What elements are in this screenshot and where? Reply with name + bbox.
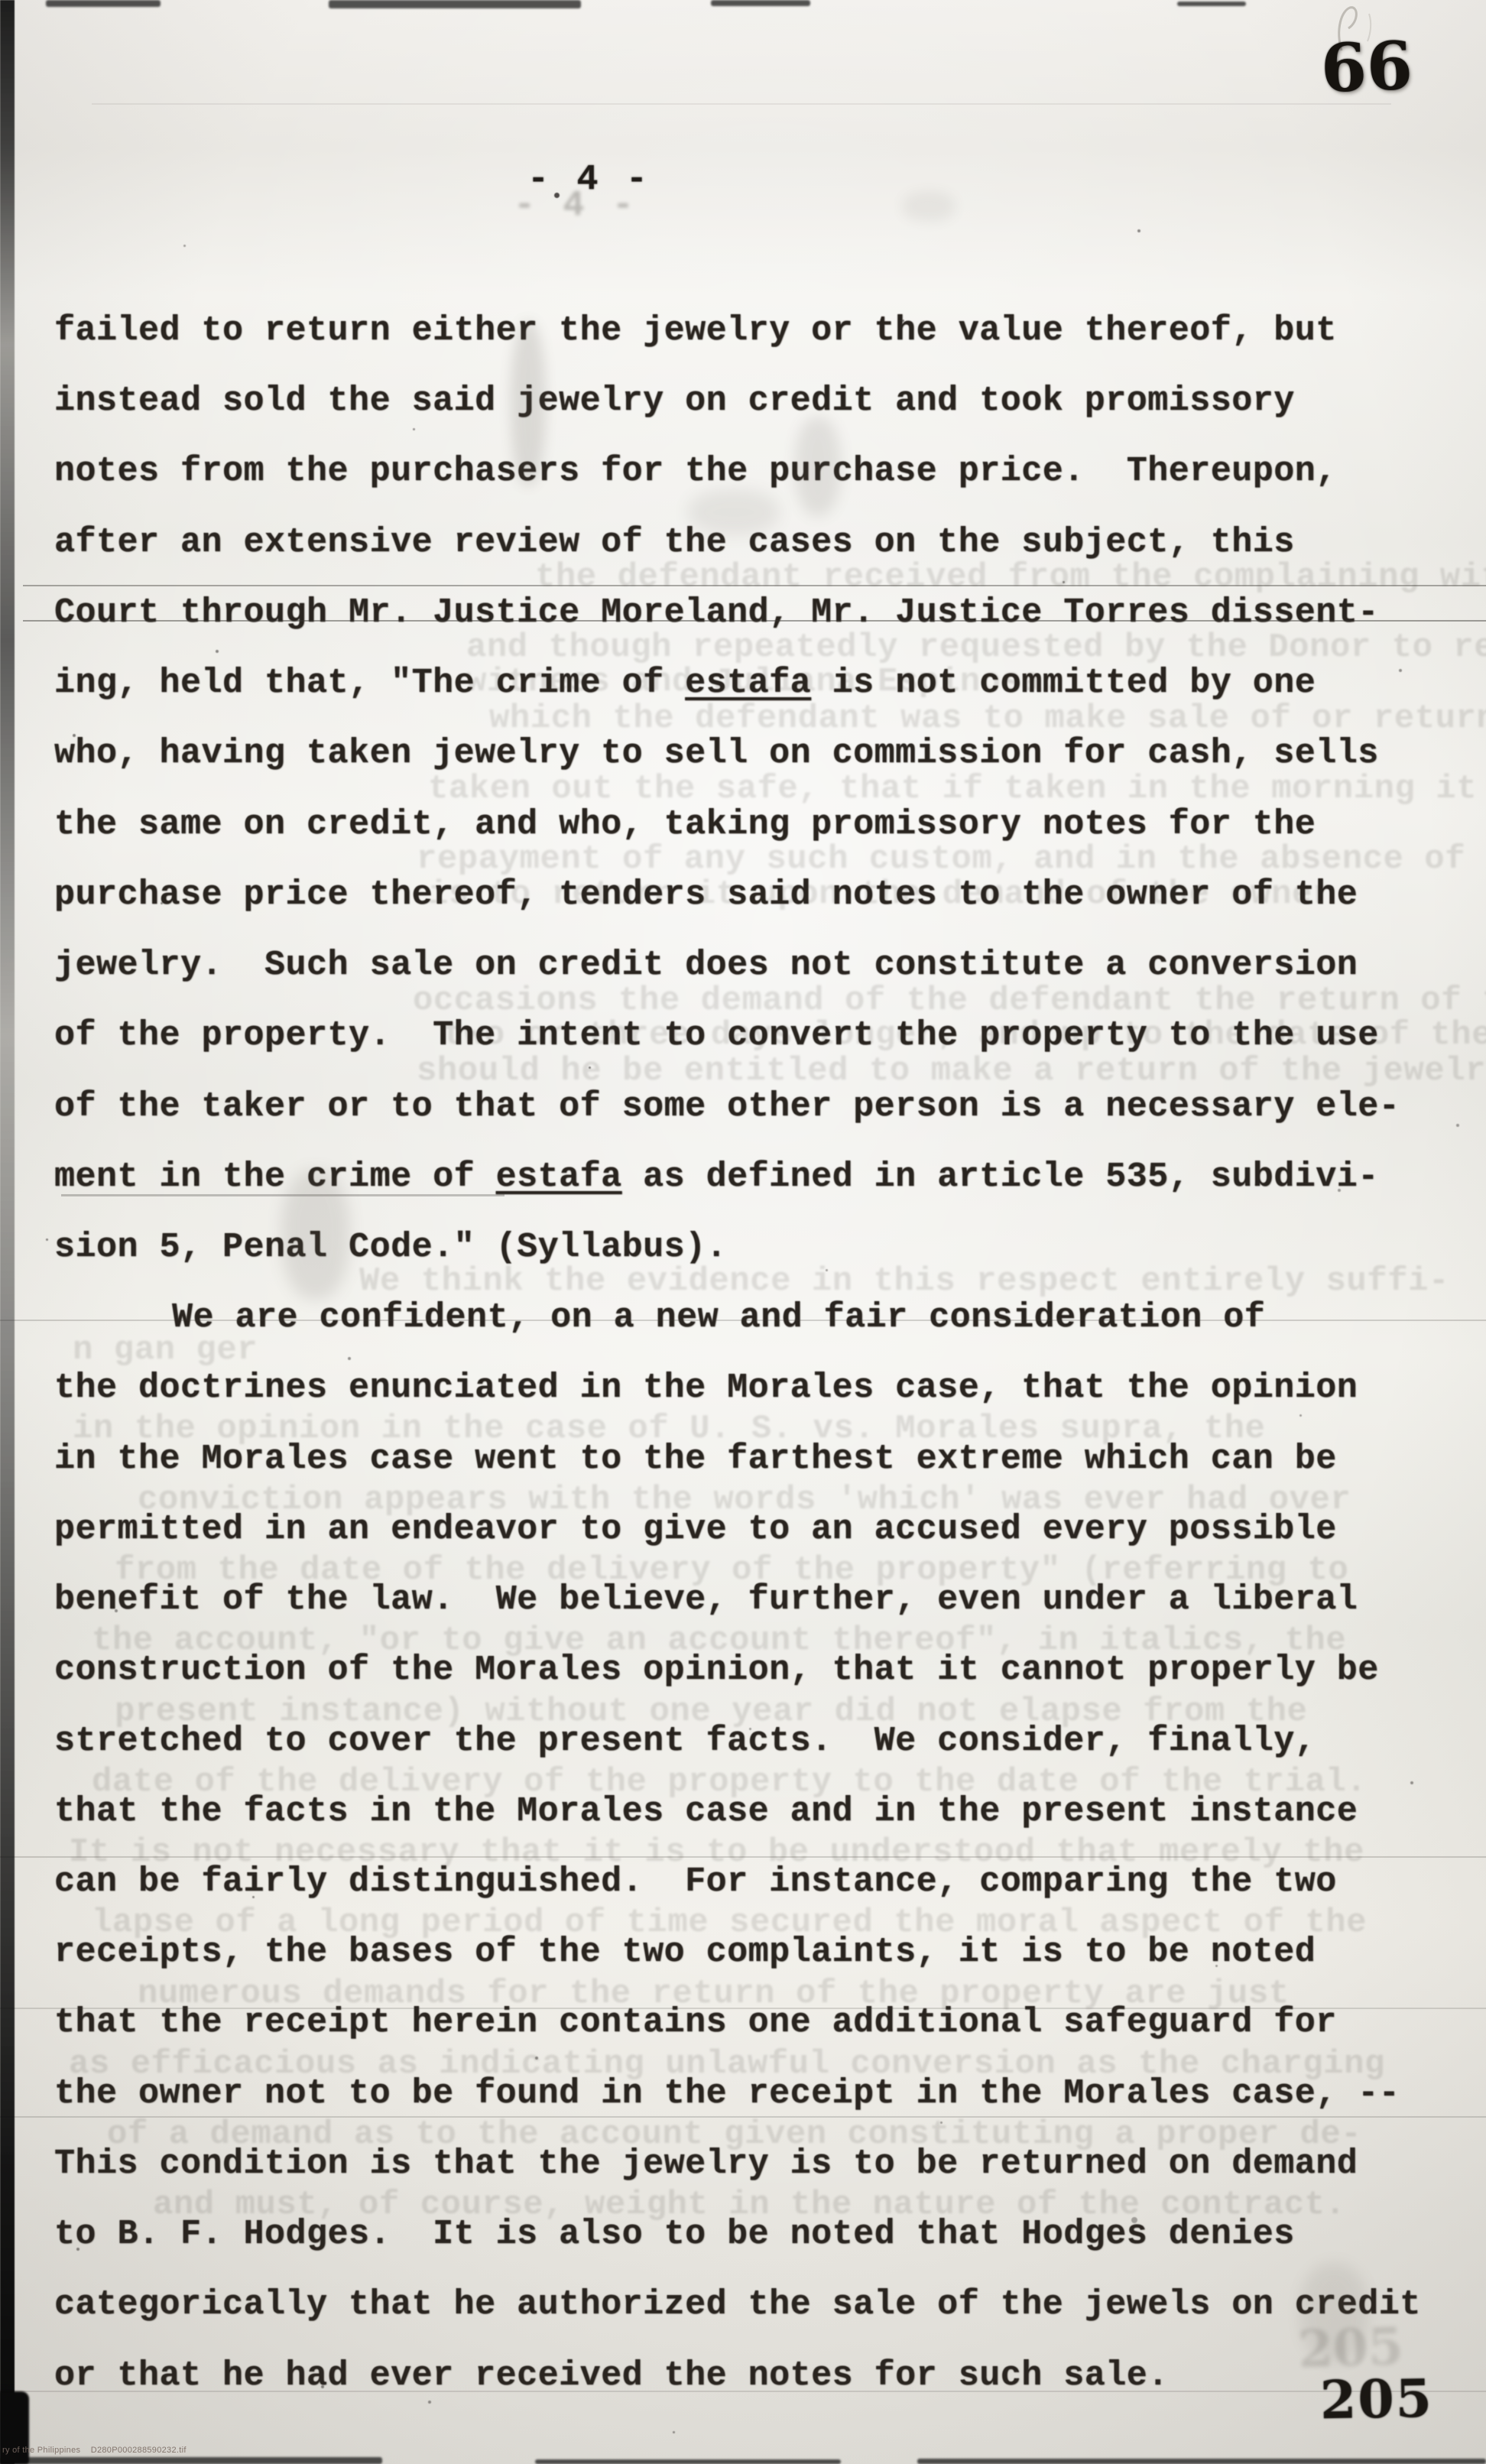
scan-edge-smudge	[0, 2457, 382, 2464]
text-line: the same on credit, and who, taking prom…	[54, 806, 1316, 844]
scan-line	[61, 1194, 505, 1196]
ink-speck	[76, 2248, 79, 2251]
ink-speck	[589, 1066, 591, 1069]
underlined-word: estafa	[496, 1157, 622, 1196]
ink-speck	[1215, 1965, 1218, 1967]
ink-speck	[940, 2122, 943, 2124]
text-line: permitted in an endeavor to give to an a…	[54, 1511, 1337, 1549]
ink-speck	[749, 1728, 751, 1730]
text-line: who, having taken jewelry to sell on com…	[54, 735, 1379, 773]
text-line: categorically that he authorized the sal…	[54, 2286, 1421, 2324]
ink-speck	[252, 1896, 255, 1898]
page-number-stamp: 66	[1320, 34, 1414, 102]
ink-speck	[115, 1609, 118, 1612]
ghost-text-line: occasions the demand of the defendant th…	[413, 982, 1486, 1019]
text-line: the owner not to be found in the receipt…	[54, 2075, 1400, 2113]
text-line: to B. F. Hodges. It is also to be noted …	[54, 2216, 1295, 2254]
text-line: stretched to cover the present facts. We…	[54, 1722, 1316, 1761]
text-line: the doctrines enunciated in the Morales …	[54, 1369, 1358, 1407]
ink-speck	[321, 2385, 324, 2388]
ink-speck	[826, 1269, 828, 1271]
smudge	[902, 191, 956, 222]
text-line: that the facts in the Morales case and i…	[54, 1793, 1358, 1831]
scan-edge-left	[0, 0, 15, 2464]
scan-edge-smudge	[1177, 2, 1246, 6]
text-line: after an extensive review of the cases o…	[54, 524, 1295, 562]
ink-speck	[73, 734, 76, 737]
ink-speck	[216, 650, 219, 653]
scan-line	[92, 103, 1391, 105]
ink-speck	[902, 320, 904, 322]
smudge	[795, 417, 841, 516]
text-line: notes from the purchasers for the purcha…	[54, 453, 1337, 491]
scanned-document-page: 66 - 4 - - 4 - the defendant received fr…	[0, 0, 1486, 2464]
ghost-text-line: the defendant received from the complain…	[535, 559, 1486, 596]
underlined-word: estafa	[685, 664, 811, 703]
ghost-text-line: n gan ger	[73, 1332, 258, 1368]
watermark-text: ry of the Philippines D280P000288590232.…	[2, 2446, 187, 2455]
scan-line	[0, 1856, 1486, 1858]
scan-edge-smudge	[917, 2459, 1486, 2464]
ink-speck	[1001, 1521, 1004, 1524]
ink-speck	[1131, 2217, 1137, 2223]
text-line: failed to return either the jewelry or t…	[54, 312, 1337, 350]
smudge	[688, 489, 780, 535]
text-line: Court through Mr. Justice Moreland, Mr. …	[54, 594, 1379, 632]
scan-line	[0, 1320, 1486, 1321]
ghost-text-line: taken out the safe, that if taken in the…	[428, 771, 1486, 807]
folio-stamp: 205	[1319, 2373, 1433, 2427]
ink-speck	[1269, 2297, 1271, 2300]
ink-speck	[183, 245, 186, 247]
ghost-text-line: We think the evidence in this respect en…	[359, 1263, 1449, 1300]
text-line: in the Morales case went to the farthest…	[54, 1440, 1337, 1479]
ink-speck	[1456, 1124, 1459, 1127]
ghost-text-line: and though repeatedly requested by the D…	[466, 629, 1486, 666]
folio-stamp-ghost: 205	[1297, 2321, 1404, 2375]
ink-speck	[428, 2401, 431, 2404]
ink-speck	[1399, 669, 1402, 672]
text-line: can be fairly distinguished. For instanc…	[54, 1863, 1337, 1901]
text-line: of the property. The intent to convert t…	[54, 1017, 1379, 1055]
scan-edge-smudge	[329, 0, 581, 8]
text-line: ment in the crime of estafa as defined i…	[54, 1158, 1379, 1196]
scan-line	[23, 585, 1486, 586]
ink-speck	[413, 428, 415, 430]
smudge	[511, 321, 546, 485]
scan-line	[0, 2008, 1486, 2009]
ink-speck	[1338, 1189, 1341, 1192]
ink-speck	[1299, 1414, 1302, 1417]
ink-speck	[161, 902, 163, 904]
scan-edge-smudge	[711, 0, 810, 6]
text-line: benefit of the law. We believe, further,…	[54, 1581, 1358, 1619]
ghost-text-line: repayment of any such custom, and in the…	[417, 841, 1486, 878]
ink-speck	[1137, 229, 1140, 232]
text-line: This condition is that the jewelry is to…	[54, 2145, 1358, 2183]
text-line: We are confident, on a new and fair cons…	[172, 1299, 1265, 1337]
ghost-text-line: should he be entitled to make a return o…	[417, 1053, 1486, 1089]
scan-line	[0, 2391, 1486, 2392]
text-line: that the receipt herein contains one add…	[54, 2004, 1337, 2042]
ink-speck	[348, 1357, 351, 1360]
scan-edge-smudge	[46, 0, 161, 7]
text-line: sion 5, Penal Code." (Syllabus).	[54, 1229, 727, 1267]
ink-speck	[1410, 1781, 1413, 1784]
text-line: construction of the Morales opinion, tha…	[54, 1651, 1379, 1690]
ink-speck	[229, 2366, 233, 2370]
scan-line	[23, 620, 1486, 622]
ink-speck	[1063, 581, 1065, 583]
text-line: of the taker or to that of some other pe…	[54, 1088, 1400, 1126]
page-header-number: - 4 -	[527, 162, 651, 198]
ink-speck	[1238, 398, 1241, 400]
smudge	[281, 1170, 350, 1300]
text-line: jewelry. Such sale on credit does not co…	[54, 946, 1358, 985]
text-line: purchase price thereof, tenders said not…	[54, 876, 1358, 914]
text-line: or that he had ever received the notes f…	[54, 2357, 1169, 2395]
ink-speck	[1170, 963, 1173, 966]
ink-speck	[46, 1238, 48, 1241]
ink-speck	[554, 193, 560, 198]
ghost-text-line: which the defendant was to make sale of …	[489, 700, 1486, 737]
text-line: ing, held that, "The crime of estafa is …	[54, 664, 1316, 703]
scan-edge-smudge	[535, 2459, 841, 2464]
ink-speck	[489, 535, 492, 538]
text-line: instead sold the said jewelry on credit …	[54, 382, 1295, 420]
scan-line	[0, 2116, 1486, 2118]
ink-speck	[535, 2057, 538, 2060]
ink-speck	[673, 2431, 675, 2433]
text-line: receipts, the bases of the two complaint…	[54, 1933, 1316, 1972]
